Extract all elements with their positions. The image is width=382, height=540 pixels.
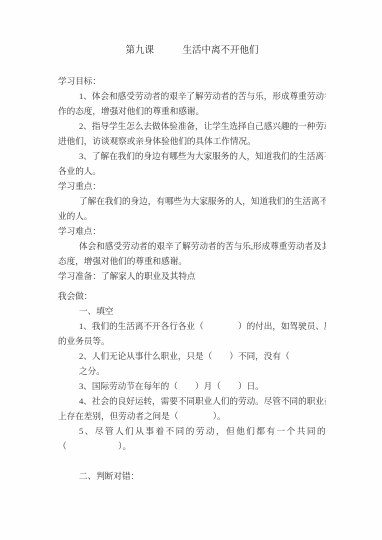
document-title: 第九课 生活中离不开他们 <box>58 44 326 58</box>
fill-blank-question-2-line-1: 2、人们无论从事什么职业，只是（ ）不同，没有（ ） <box>58 349 326 364</box>
heading-learning-preparation: 学习准备：了解家人的职业及其特点 <box>58 269 326 284</box>
fill-blank-question-1-line-1: 1、我们的生活离不开各行各业（ ）的付出，如驾驶员、厨师、商场 <box>58 319 326 334</box>
fill-blank-question-2-line-2: 之分。 <box>58 364 326 379</box>
heading-learning-difficulty: 学习难点： <box>58 224 326 239</box>
objective-2-line-2: 进他们，访谈观察或亲身体验他们的具体工作情况。 <box>58 134 326 149</box>
objective-3-line-1: 3、了解在我们的身边有哪些为大家服务的人，知道我们的生活离不开各行 <box>58 149 326 164</box>
heading-fill-in-blanks: 一、填空 <box>58 304 326 319</box>
fill-blank-question-5-line-1: 5、尽管人们从事着不同的劳动，但他们都有一个共同的称呼—— <box>58 424 326 439</box>
heading-i-can-do: 我会做： <box>58 289 326 304</box>
focus-text-line-1: 了解在我们的身边，有哪些为大家服务的人，知道我们的生活离不开各行各 <box>58 194 326 209</box>
document-body: 学习目标： 1、体会和感受劳动者的艰辛了解劳动者的苦与乐，形成尊重劳动者及其工 … <box>58 74 326 484</box>
fill-blank-question-1-line-2: 的业务员等。 <box>58 334 326 349</box>
objective-1-line-1: 1、体会和感受劳动者的艰辛了解劳动者的苦与乐，形成尊重劳动者及其工 <box>58 89 326 104</box>
focus-text-line-2: 业的人。 <box>58 209 326 224</box>
objective-1-line-2: 作的态度，增强对他们的尊重和感谢。 <box>58 104 326 119</box>
difficulty-text-line-2: 态度，增强对他们的尊重和感谢。 <box>58 254 326 269</box>
document-page: 第九课 生活中离不开他们 学习目标： 1、体会和感受劳动者的艰辛了解劳动者的苦与… <box>0 0 382 540</box>
fill-blank-question-4-line-2: 上存在差别，但劳动者之间是（ ）。 <box>58 409 326 424</box>
difficulty-text-line-1: 体会和感受劳动者的艰辛了解劳动者的苦与乐,形成尊重劳动者及其工作的 <box>58 239 326 254</box>
objective-3-line-2: 各业的人。 <box>58 164 326 179</box>
objective-2-line-1: 2、指导学生怎么去做体验准备，让学生选择自己感兴趣的一种劳动者，走 <box>58 119 326 134</box>
fill-blank-question-5-line-2: （ ）。 <box>58 439 326 454</box>
fill-blank-question-4-line-1: 4、社会的良好运转，需要不同职业人们的劳动。尽管不同的职业在劳动方式 <box>58 394 326 409</box>
heading-true-or-false: 二、判断对错： <box>58 469 326 484</box>
heading-learning-objectives: 学习目标： <box>58 74 326 89</box>
fill-blank-question-3: 3、国际劳动节在每年的（ ）月（ ）日。 <box>58 379 326 394</box>
heading-learning-focus: 学习重点： <box>58 179 326 194</box>
